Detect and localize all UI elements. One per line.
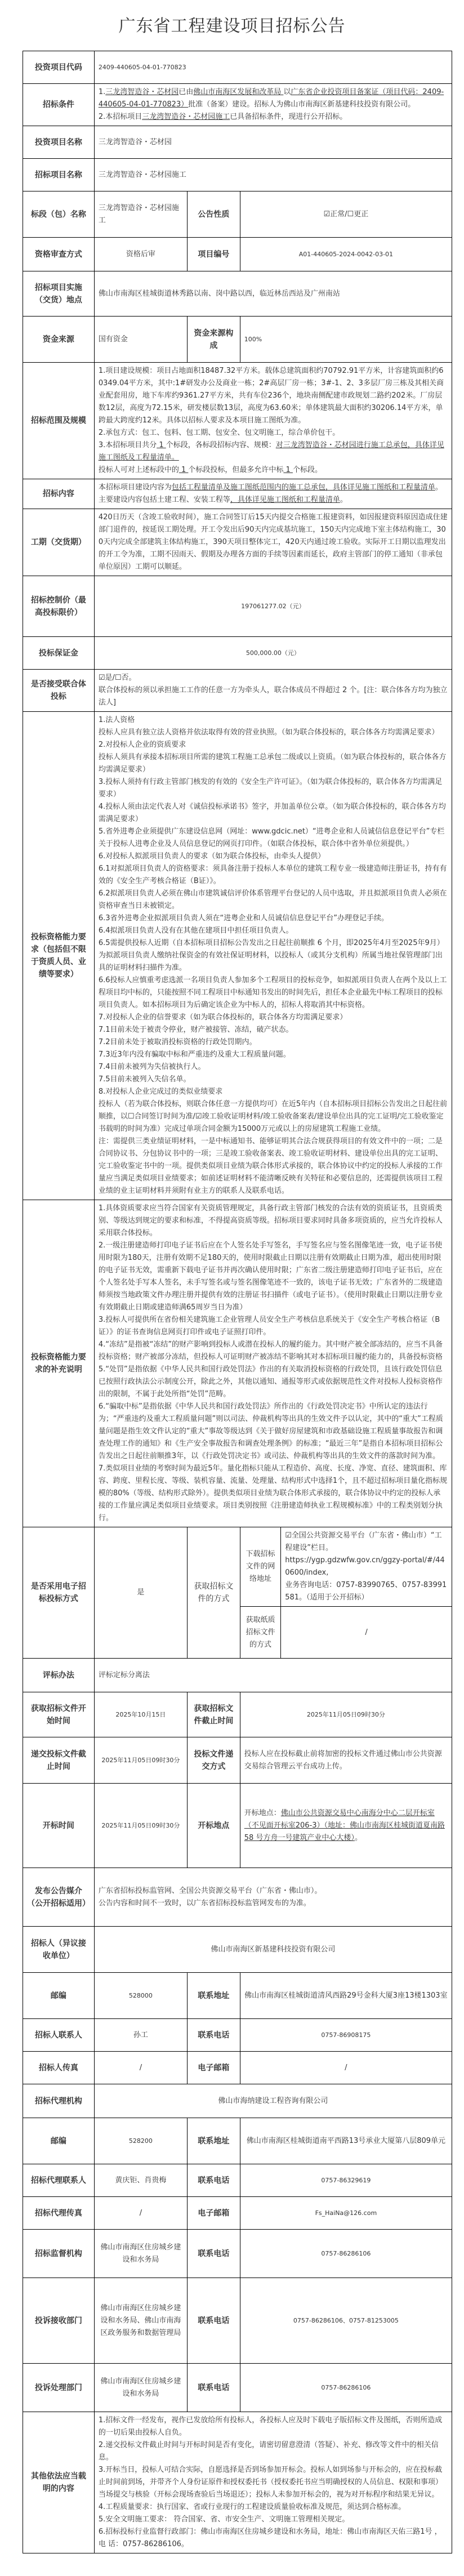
label: 招标条件 bbox=[23, 84, 95, 126]
label: 投诉处理部门 bbox=[23, 2364, 95, 2412]
label: 邮编 bbox=[23, 1973, 95, 2019]
row-conditions: 招标条件 1.三龙湾智造谷・芯材园已由佛山市南海区发展和改革局 以广东省企业投资… bbox=[23, 84, 452, 126]
label: 招标代理联系人 bbox=[23, 2164, 95, 2197]
obtain-end: 2025年11月05日09时30分 bbox=[240, 1692, 452, 1737]
label: 招标人（异议接收单位） bbox=[23, 1927, 95, 1973]
row-content: 招标内容 本招标项目建设内容为包括工程量清单及施工图纸范围内的施工总承包，具体详… bbox=[23, 479, 452, 509]
opening-place: 开标地点：佛山市公共资源交易中心南海分中心二层开标室（不见面开标室206-3）（… bbox=[240, 1784, 452, 1868]
label: 招标人联系人 bbox=[23, 2019, 95, 2052]
row-period: 工期（交货期） 420日历天（含竣工验收时间），施工合同签订后15天内提交合格施… bbox=[23, 509, 452, 576]
row-agency-postal: 邮编 528200 联系地址 佛山市南海区桂城街道南平西路13号承业大厦第八层8… bbox=[23, 2118, 452, 2164]
download-info: ☑全国公共资源交易平台（广东省・佛山市）“工程建设”栏目。 https://yg… bbox=[281, 1527, 452, 1607]
notice-page: 广东省工程建设项目招标公告 投资项目代码 2409-440605-04-01-7… bbox=[0, 0, 464, 2576]
label: 招标范围及规模 bbox=[23, 363, 95, 479]
bid-deposit: 500,000.00（元） bbox=[94, 637, 452, 670]
label: 联系地址 bbox=[187, 1973, 240, 2019]
label: 资格审查方式 bbox=[23, 238, 95, 271]
tenderer-address: 佛山市南海区桂城街道清风西路29号金科大厦3座13楼1303室 bbox=[240, 1973, 452, 2019]
tenderer-contact: 孙工 bbox=[94, 2019, 187, 2052]
review-method: 资格后审 bbox=[94, 238, 187, 271]
agency-email[interactable]: Fs_HaiNa@126.com bbox=[240, 2197, 452, 2230]
label: 招标代理传真 bbox=[23, 2197, 95, 2230]
control-price: 197061277.02（元） bbox=[94, 576, 452, 637]
label: 获取招标文件截止时间 bbox=[187, 1692, 240, 1737]
label: 招标项目名称 bbox=[23, 159, 95, 191]
row-obtain-time: 获取招标文件开始时间 2025年10月15日 获取招标文件截止时间 2025年1… bbox=[23, 1692, 452, 1737]
section-name: 三龙湾智造谷・芯材园施工 bbox=[94, 191, 187, 238]
complaint-receive-phone: 0757-86286106、0757-81253005 bbox=[240, 2278, 452, 2364]
agency-contact: 黄庆钜、肖贵梅 bbox=[94, 2164, 187, 2197]
tenderer-email: / bbox=[240, 2052, 452, 2084]
row-tenderer-postal: 邮编 528000 联系地址 佛山市南海区桂城街道清风西路29号金科大厦3座13… bbox=[23, 1973, 452, 2019]
label: 招标代理机构 bbox=[23, 2084, 95, 2118]
obtain-start: 2025年10月15日 bbox=[94, 1692, 187, 1737]
row-funds: 资金来源 国有资金 资金来源构成 100% bbox=[23, 317, 452, 363]
page-title: 广东省工程建设项目招标公告 bbox=[0, 11, 464, 42]
electronic-value: 是 bbox=[94, 1527, 187, 1659]
label: 招标人传真 bbox=[23, 2052, 95, 2084]
tenderer-fax: / bbox=[94, 2052, 187, 2084]
row-deposit: 投标保证金 500,000.00（元） bbox=[23, 637, 452, 670]
row-evaluation: 评标办法 评标定标分离法 bbox=[23, 1659, 452, 1692]
period-text: 420日历天（含竣工验收时间），施工合同签订后15天内提交合格施工报建资料，如因… bbox=[94, 509, 452, 576]
label: 联系电话 bbox=[187, 2278, 240, 2364]
label: 联系电话 bbox=[187, 2019, 240, 2052]
tenderer-phone: 0757-86908175 bbox=[240, 2019, 452, 2052]
other-text: 1.招标文件一经发布，视作已发放给所有投标人，各投标人应及时下载电子版招标文件及… bbox=[94, 2412, 452, 2553]
tenderer-postcode: 528000 bbox=[94, 1973, 187, 2019]
label: 是否接受联合体投标 bbox=[23, 670, 95, 712]
row-tender-name: 招标项目名称 三龙湾智造谷・芯材园施工 bbox=[23, 159, 452, 191]
agency-address: 佛山市南海区桂城街道南平西路13号承业大厦第八层809单元 bbox=[240, 2118, 452, 2164]
funds-composition: 100% bbox=[240, 317, 452, 363]
label: 发布公告媒介（公开招标适用） bbox=[23, 1868, 95, 1927]
label: 开标时间 bbox=[23, 1784, 95, 1868]
label: 资金来源 bbox=[23, 317, 95, 363]
row-tenderer-fax: 招标人传真 / 电子邮箱 / bbox=[23, 2052, 452, 2084]
row-other: 其他依法应当载明的内容 1.招标文件一经发布，视作已发放给所有投标人，各投标人应… bbox=[23, 2412, 452, 2553]
row-tenderer: 招标人（异议接收单位） 佛山市南海区新基建科技投资有限公司 bbox=[23, 1927, 452, 1973]
label: 投标文件递交方式 bbox=[187, 1737, 240, 1784]
agency-name: 佛山市海纳建设工程咨询有限公司 bbox=[94, 2084, 452, 2118]
label: 联系电话 bbox=[187, 2164, 240, 2197]
complaint-receive-dept: 佛山市南海区住房城乡建设和水务局、佛山市南海区政务服务和数据管理局 bbox=[94, 2278, 187, 2364]
label: 项目编号 bbox=[187, 238, 240, 271]
label: 公告性质 bbox=[187, 191, 240, 238]
label: 获取纸质招标文件的方式 bbox=[240, 1607, 280, 1659]
label: 投标资格能力要求（包括但不限于资质人员、业绩等要求） bbox=[23, 712, 95, 1200]
label: 获取招标文件的方式 bbox=[187, 1527, 240, 1659]
label: 其他依法应当载明的内容 bbox=[23, 2412, 95, 2553]
evaluation-method: 评标定标分离法 bbox=[94, 1659, 452, 1692]
row-agency: 招标代理机构 佛山市海纳建设工程咨询有限公司 bbox=[23, 2084, 452, 2118]
notice-nature: ☑正常/☐更正 bbox=[240, 191, 452, 238]
consortium-checkbox: ☑是/☐否。 bbox=[99, 672, 448, 684]
label: 联系电话 bbox=[187, 2230, 240, 2278]
row-supervisor: 招标监督机构 佛山市南海区住房城乡建设和水务局 联系电话 0757-862861… bbox=[23, 2230, 452, 2278]
row-opening: 开标时间 2025年11月05日09时30分 开标地点 开标地点：佛山市公共资源… bbox=[23, 1784, 452, 1868]
opening-time: 2025年11月05日09时30分 bbox=[94, 1784, 187, 1868]
qualification-text: 1.法人资格 投标人应具有独立法人资格并依法取得有效的营业执照。（如为联合体投标… bbox=[94, 712, 452, 1200]
row-project-code: 投资项目代码 2409-440605-04-01-770823 bbox=[23, 51, 452, 84]
label: 招标控制价（最高投标限价） bbox=[23, 576, 95, 637]
agency-fax: / bbox=[94, 2197, 187, 2230]
label: 是否采用电子招标投标方式 bbox=[23, 1527, 95, 1659]
complaint-process-dept: 佛山市南海区住房城乡建设和水务局 bbox=[94, 2364, 187, 2412]
submit-method: 投标人应在投标截止前将加密的投标文件通过佛山市公共资源交易综合管理云平台成功上传… bbox=[240, 1737, 452, 1784]
label: 下载招标文件的网络地址 bbox=[240, 1527, 280, 1607]
label: 投标资格能力要求的补充说明 bbox=[23, 1200, 95, 1527]
row-media: 发布公告媒介（公开招标适用） 广东省招标投标监管网、全国公共资源交易平台（广东省… bbox=[23, 1868, 452, 1927]
consortium-text: ☑是/☐否。 联合体投标的须以承担施工工作的任意一方为牵头人，联合体成员不得超过… bbox=[94, 670, 452, 712]
label: 招标内容 bbox=[23, 479, 95, 509]
row-price: 招标控制价（最高投标限价） 197061277.02（元） bbox=[23, 576, 452, 637]
label: 获取招标文件开始时间 bbox=[23, 1692, 95, 1737]
label: 递交投标文件截止时间 bbox=[23, 1737, 95, 1784]
agency-postcode: 528200 bbox=[94, 2118, 187, 2164]
row-consortium: 是否接受联合体投标 ☑是/☐否。 联合体投标的须以承担施工工作的任意一方为牵头人… bbox=[23, 670, 452, 712]
agency-phone: 0757-86329619 bbox=[240, 2164, 452, 2197]
label: 资金来源构成 bbox=[187, 317, 240, 363]
submit-deadline: 2025年11月05日09时30分 bbox=[94, 1737, 187, 1784]
row-location: 招标项目实施（交货）地点 佛山市南海区桂城街道林秀路以南、岗中路以西，临近林岳西… bbox=[23, 271, 452, 317]
row-submit: 递交投标文件截止时间 2025年11月05日09时30分 投标文件递交方式 投标… bbox=[23, 1737, 452, 1784]
tenderer-name: 佛山市南海区新基建科技投资有限公司 bbox=[94, 1927, 452, 1973]
supplement-text: 1.具体资质要求应当符合国家有关资质管理规定，具备行政主管部门核发的合法有效的资… bbox=[94, 1200, 452, 1527]
scope-text: 1.项目建设规模：项目占地面积18487.32平方米。载体总建筑面积约70792… bbox=[94, 363, 452, 479]
row-electronic: 是否采用电子招标投标方式 是 获取招标文件的方式 下载招标文件的网络地址 ☑全国… bbox=[23, 1527, 452, 1607]
conditions-text: 1.三龙湾智造谷・芯材园已由佛山市南海区发展和改革局 以广东省企业投资项目备案证… bbox=[94, 84, 452, 126]
label: 投标保证金 bbox=[23, 637, 95, 670]
label: 招标项目实施（交货）地点 bbox=[23, 271, 95, 317]
tender-name: 三龙湾智造谷・芯材园施工 bbox=[94, 159, 452, 191]
label: 电子邮箱 bbox=[187, 2052, 240, 2084]
label: 投诉接收部门 bbox=[23, 2278, 95, 2364]
row-qualification: 投标资格能力要求（包括但不限于资质人员、业绩等要求） 1.法人资格 投标人应具有… bbox=[23, 712, 452, 1200]
label: 招标监督机构 bbox=[23, 2230, 95, 2278]
row-tenderer-contact: 招标人联系人 孙工 联系电话 0757-86908175 bbox=[23, 2019, 452, 2052]
row-review: 资格审查方式 资格后审 项目编号 A01-440605-2024-0042-03… bbox=[23, 238, 452, 271]
complaint-process-phone: 0757-86286106 bbox=[240, 2364, 452, 2412]
label: 联系地址 bbox=[187, 2118, 240, 2164]
funds-source: 国有资金 bbox=[94, 317, 187, 363]
label: 联系电话 bbox=[187, 2364, 240, 2412]
paper-value: / bbox=[281, 1607, 452, 1659]
project-code: 2409-440605-04-01-770823 bbox=[94, 51, 452, 84]
media-text: 广东省招标投标监管网、全国公共资源交易平台（广东省・佛山市）。 公告内容和时间不… bbox=[94, 1868, 452, 1927]
project-number: A01-440605-2024-0042-03-01 bbox=[240, 238, 452, 271]
row-section: 标段（包）名称 三龙湾智造谷・芯材园施工 公告性质 ☑正常/☐更正 bbox=[23, 191, 452, 238]
invest-name: 三龙湾智造谷・芯材园 bbox=[94, 126, 452, 159]
row-agency-fax: 招标代理传真 / 电子邮箱 Fs_HaiNa@126.com bbox=[23, 2197, 452, 2230]
label: 工期（交货期） bbox=[23, 509, 95, 576]
row-supplement: 投标资格能力要求的补充说明 1.具体资质要求应当符合国家有关资质管理规定，具备行… bbox=[23, 1200, 452, 1527]
download-link[interactable]: https://ygp.gdzwfw.gov.cn/ggzy-portal/#/… bbox=[285, 1554, 448, 1579]
label: 邮编 bbox=[23, 2118, 95, 2164]
row-invest-name: 投资项目名称 三龙湾智造谷・芯材园 bbox=[23, 126, 452, 159]
row-complaint-receive: 投诉接收部门 佛山市南海区住房城乡建设和水务局、佛山市南海区政务服务和数据管理局… bbox=[23, 2278, 452, 2364]
supervisor-name: 佛山市南海区住房城乡建设和水务局 bbox=[94, 2230, 187, 2278]
label: 电子邮箱 bbox=[187, 2197, 240, 2230]
label: 投资项目代码 bbox=[23, 51, 95, 84]
content-text: 本招标项目建设内容为包括工程量清单及施工图纸范围内的施工总承包，具体详见施工图纸… bbox=[94, 479, 452, 509]
label: 投资项目名称 bbox=[23, 126, 95, 159]
supervisor-phone: 0757-86286106 bbox=[240, 2230, 452, 2278]
label: 开标地点 bbox=[187, 1784, 240, 1868]
row-scope: 招标范围及规模 1.项目建设规模：项目占地面积18487.32平方米。载体总建筑… bbox=[23, 363, 452, 479]
row-complaint-process: 投诉处理部门 佛山市南海区住房城乡建设和水务局 联系电话 0757-862861… bbox=[23, 2364, 452, 2412]
notice-table: 投资项目代码 2409-440605-04-01-770823 招标条件 1.三… bbox=[23, 51, 452, 2553]
label: 标段（包）名称 bbox=[23, 191, 95, 238]
label: 评标办法 bbox=[23, 1659, 95, 1692]
row-agency-contact: 招标代理联系人 黄庆钜、肖贵梅 联系电话 0757-86329619 bbox=[23, 2164, 452, 2197]
location: 佛山市南海区桂城街道林秀路以南、岗中路以西，临近林岳西站及广州南站 bbox=[94, 271, 452, 317]
